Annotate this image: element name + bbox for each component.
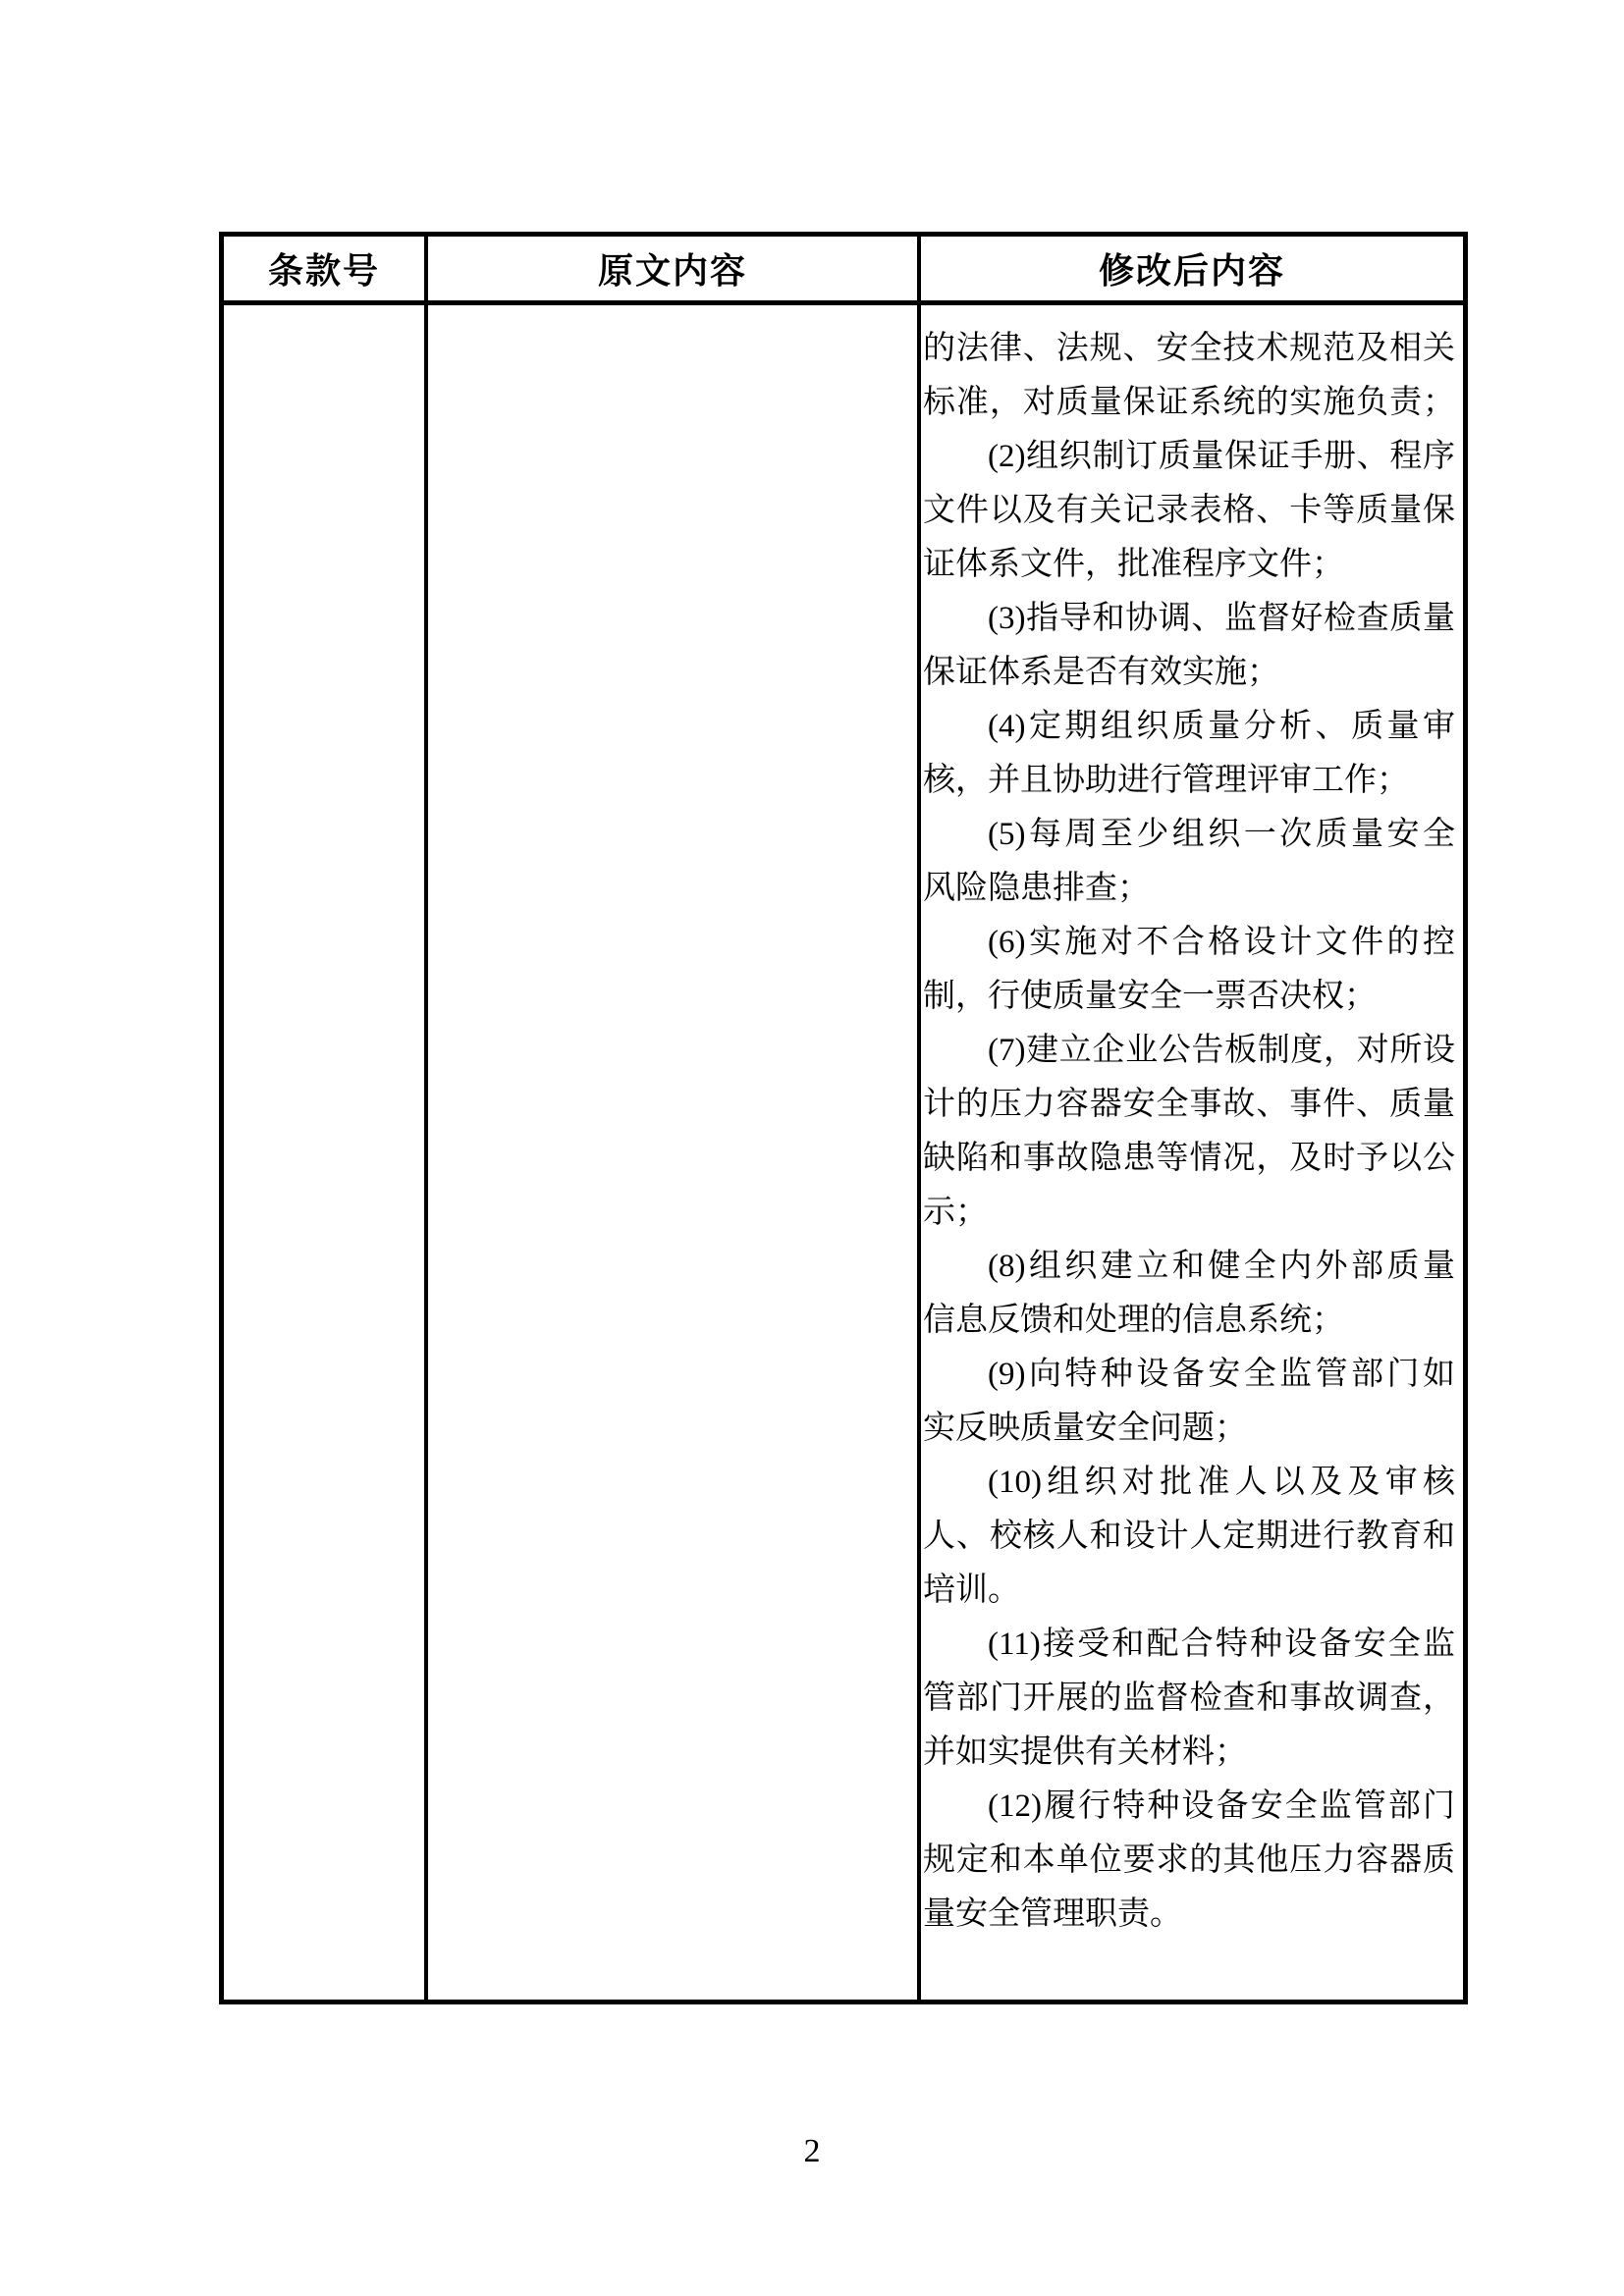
revised-text-line: 保证体系是否有效实施；: [923, 646, 1455, 700]
revised-text-line: (11)接受和配合特种设备安全监: [923, 1618, 1455, 1672]
col-header-clause-number-label: 条款号: [268, 243, 380, 294]
revised-text-line: 计的压力容器安全事故、事件、质量: [923, 1078, 1455, 1132]
revised-text-line: 实反映质量安全问题；: [923, 1402, 1455, 1456]
revision-table: 条款号 原文内容 修改后内容 的法律、法规、安全技术规范及相关标准，对质量保证系…: [219, 232, 1468, 2004]
revised-text-line: 核，并且协助进行管理评审工作；: [923, 754, 1455, 808]
revised-text-line: 制，行使质量安全一票否决权；: [923, 970, 1455, 1024]
revised-text-line: 的法律、法规、安全技术规范及相关: [923, 322, 1455, 376]
revised-text-line: 文件以及有关记录表格、卡等质量保: [923, 484, 1455, 538]
revised-text-line: 培训。: [923, 1564, 1455, 1618]
col-header-clause-number: 条款号: [224, 237, 424, 305]
revised-text-line: 量安全管理职责。: [923, 1888, 1455, 1942]
col-header-revised-content-label: 修改后内容: [1099, 243, 1285, 294]
revised-text-line: (2)组织制订质量保证手册、程序: [923, 430, 1455, 484]
revised-text-line: 人、校核人和设计人定期进行教育和: [923, 1510, 1455, 1564]
original-content-cell: [424, 305, 917, 2000]
revised-text-line: (4)定期组织质量分析、质量审: [923, 700, 1455, 754]
revised-text-line: (3)指导和协调、监督好检查质量: [923, 592, 1455, 646]
revised-text-line: (10)组织对批准人以及及审核: [923, 1456, 1455, 1510]
revised-text-line: (12)履行特种设备安全监管部门: [923, 1780, 1455, 1834]
revised-text-line: 信息反馈和处理的信息系统；: [923, 1294, 1455, 1348]
col-header-original-content-label: 原文内容: [598, 243, 747, 294]
revised-text-line: 示；: [923, 1186, 1455, 1240]
document-page: 条款号 原文内容 修改后内容 的法律、法规、安全技术规范及相关标准，对质量保证系…: [0, 0, 1624, 2296]
revised-text-line: 证体系文件，批准程序文件；: [923, 538, 1455, 592]
revised-text-line: (8)组织建立和健全内外部质量: [923, 1240, 1455, 1294]
revised-text-line: 风险隐患排查；: [923, 862, 1455, 916]
revised-text-line: 管部门开展的监督检查和事故调查，: [923, 1672, 1455, 1726]
col-header-revised-content: 修改后内容: [917, 237, 1463, 305]
revised-content-cell: 的法律、法规、安全技术规范及相关标准，对质量保证系统的实施负责；(2)组织制订质…: [917, 305, 1463, 2000]
revised-text-line: 规定和本单位要求的其他压力容器质: [923, 1834, 1455, 1888]
revised-text-line: (7)建立企业公告板制度，对所设: [923, 1024, 1455, 1078]
revised-text-line: (9)向特种设备安全监管部门如: [923, 1348, 1455, 1402]
revised-text-line: 标准，对质量保证系统的实施负责；: [923, 376, 1455, 430]
clause-number-cell: [224, 305, 424, 2000]
revised-text-line: (6)实施对不合格设计文件的控: [923, 916, 1455, 970]
revised-text-line: (5)每周至少组织一次质量安全: [923, 808, 1455, 862]
col-header-original-content: 原文内容: [424, 237, 917, 305]
revised-text-line: 缺陷和事故隐患等情况，及时予以公: [923, 1132, 1455, 1186]
revised-text-line: 并如实提供有关材料；: [923, 1726, 1455, 1780]
page-number: 2: [0, 2132, 1624, 2171]
